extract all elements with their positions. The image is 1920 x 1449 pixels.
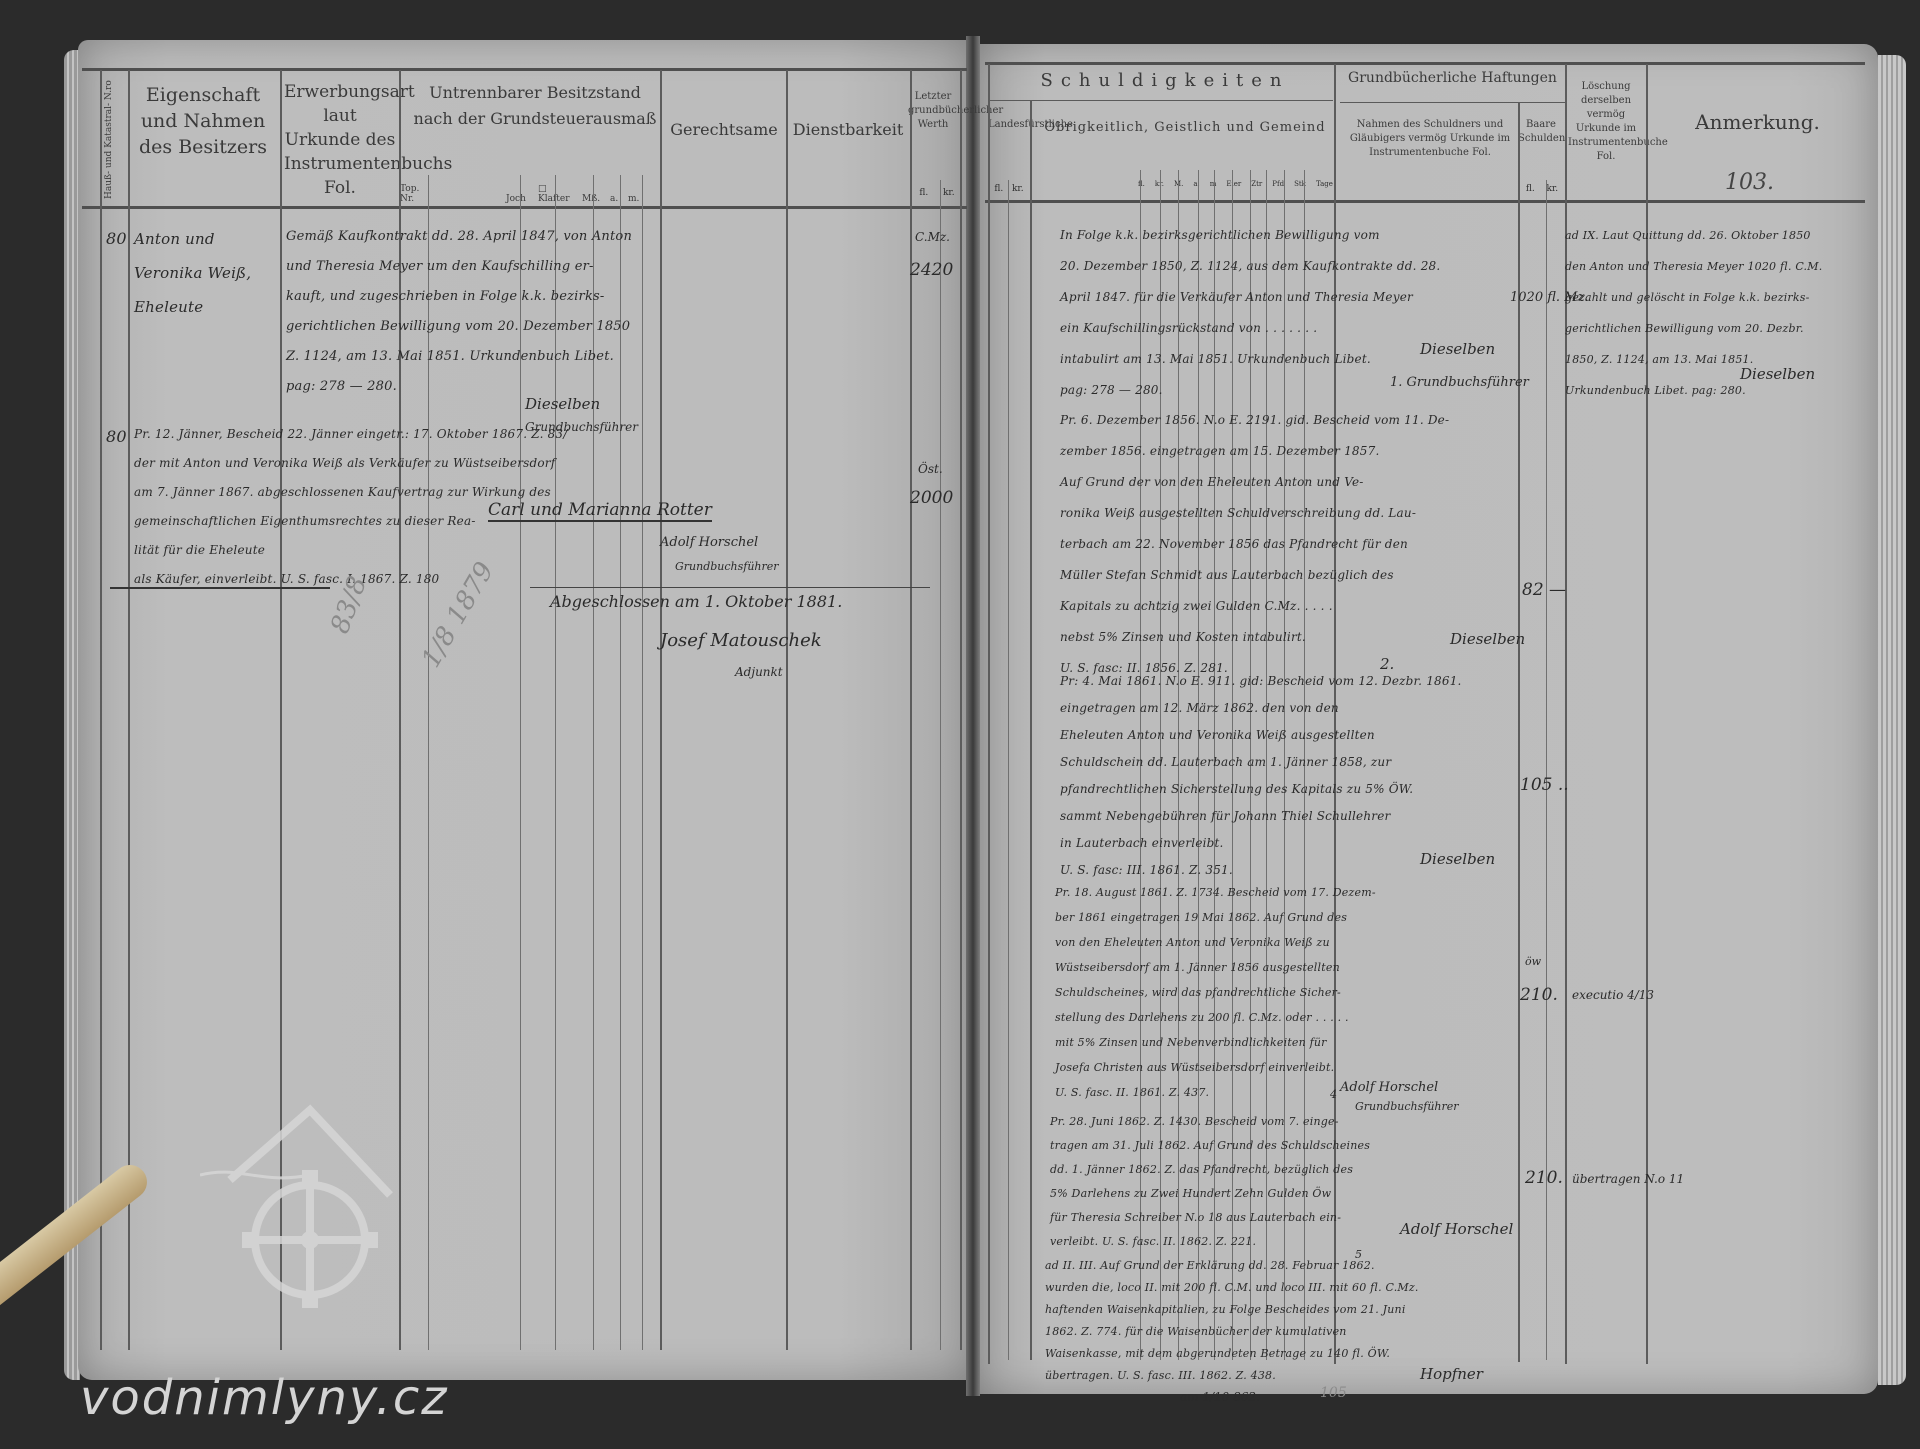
entry-XII-remark: executio 4/13 xyxy=(1572,988,1654,1002)
col-line xyxy=(1008,180,1009,1360)
header-rights: Gerechtsame xyxy=(664,120,784,140)
entry-XI-amount: 105 .. xyxy=(1520,775,1569,795)
entry-XIII-signature: Adolf Horschel xyxy=(1400,1220,1513,1238)
entry-2-signature2: Grundbuchsführer xyxy=(675,560,779,573)
header-house-no: Hauß- und Katastral- N.ro xyxy=(104,80,126,200)
col-line xyxy=(960,70,962,1350)
header-owner: Eigenschaft und Nahmen des Besitzers xyxy=(132,82,274,160)
entry-2-signature: Adolf Horschel xyxy=(660,535,758,550)
entry-2-value: 2000 xyxy=(910,488,953,508)
sub-klafter: □ Klafter xyxy=(538,184,576,204)
entry-1-number: 80 xyxy=(106,222,127,256)
header-rule xyxy=(988,100,1333,101)
header-servitude: Dienstbarkeit xyxy=(788,120,908,140)
entry-XIII-amount: 210. xyxy=(1525,1168,1563,1188)
entry-1-value-prefix: C.Mz. xyxy=(915,230,950,244)
entry-XII-text: Pr. 18. August 1861. Z. 1734. Bescheid v… xyxy=(1055,880,1515,1105)
entry-IX-deletion-signature: Dieselben xyxy=(1740,365,1815,383)
col-line xyxy=(128,70,130,1350)
entry-XIII-remark: übertragen N.o 11 xyxy=(1572,1172,1684,1186)
header-sovereign: Landesfürstliche xyxy=(988,118,1028,132)
entry-XII-amount-prefix: öw xyxy=(1525,955,1541,968)
entry-ad-II-III-signature: Hopfner xyxy=(1420,1365,1483,1383)
col-line xyxy=(100,70,102,1350)
entry-1-owner: Anton und Veronika Weiß, Eheleute xyxy=(134,222,279,324)
entry-IX-deletion: ad IX. Laut Quittung dd. 26. Oktober 185… xyxy=(1565,220,1865,406)
header-encumbrances: Grundbücherliche Haftungen xyxy=(1340,70,1565,88)
book-spine xyxy=(966,36,980,1396)
header-last-value: Letzter grundbücherlicher Werth xyxy=(908,90,958,132)
entry-IX-signature: Dieselben xyxy=(1420,340,1495,358)
entry-2-number: 80 xyxy=(106,420,127,454)
header-manorial: Obrigkeitlich, Geistlich und Gemeind xyxy=(1040,118,1330,138)
header-last-value-sub: fl. kr. xyxy=(912,188,962,198)
sub-m: m. xyxy=(628,194,640,204)
sub-top-nr: Top. Nr. xyxy=(400,184,424,204)
right-page-edges xyxy=(1878,55,1906,1385)
stamp-number: 105 xyxy=(1320,1385,1347,1401)
entry-IX-signature2: 1. Grundbuchsführer xyxy=(1390,375,1529,390)
entry-XI-signature: Dieselben xyxy=(1420,850,1495,868)
entry-XII-amount: 210. xyxy=(1520,985,1558,1005)
watermark-text: vodnimlyny.cz xyxy=(80,1370,448,1426)
entry-XII-signature: Adolf Horschel xyxy=(1340,1080,1438,1095)
entry-X-signature: Dieselben xyxy=(1450,630,1525,648)
col-line xyxy=(1030,100,1032,1360)
header-sovereign-sub: fl. kr. xyxy=(990,184,1028,194)
header-cash-debts-sub: fl. kr. xyxy=(1520,184,1564,194)
header-bottom-rule xyxy=(82,206,967,209)
entry-1-text: Gemäß Kaufkontrakt dd. 28. April 1847, v… xyxy=(286,222,951,402)
entry-XIII-marker-above: 4 xyxy=(1330,1080,1337,1110)
entry-2-value-prefix: Öst. xyxy=(918,462,943,476)
sub-joch: Joch xyxy=(506,194,532,204)
entry-1-value: 2420 xyxy=(910,260,953,280)
header-debts: Schuldigkeiten xyxy=(1000,70,1330,93)
col-line xyxy=(988,64,990,1364)
header-debtor-creditor: Nahmen des Schuldners und Gläubigers ver… xyxy=(1345,118,1515,160)
header-remark: Anmerkung. xyxy=(1650,110,1865,135)
ledger-book: Hauß- und Katastral- N.ro Eigenschaft un… xyxy=(0,0,1920,1449)
header-estate-subcolumns: Top. Nr. Joch □ Klafter Mß. a. m. xyxy=(400,178,660,204)
header-acquisition: Erwerbungsart laut Urkunde des Instrumen… xyxy=(284,80,396,200)
header-top-rule xyxy=(82,68,967,71)
entry-ad-II-III-note: am 1/10 862. xyxy=(1180,1390,1260,1404)
header-top-rule xyxy=(985,62,1865,65)
closing-rule xyxy=(530,587,930,588)
header-deletion: Löschung derselben vermög Urkunde im Ins… xyxy=(1568,80,1644,164)
closing-rule xyxy=(110,587,330,589)
header-estate: Untrennbarer Besitzstand nach der Grunds… xyxy=(410,80,660,132)
entry-1-signature: Dieselben xyxy=(525,395,600,413)
header-cash-debts: Baare Schulden xyxy=(1518,118,1564,146)
closing-signature2: Adjunkt xyxy=(735,665,783,679)
header-rule xyxy=(1340,102,1565,103)
closing-note: Abgeschlossen am 1. Oktober 1881. xyxy=(550,592,842,611)
header-bottom-rule xyxy=(985,200,1865,203)
page-number: 103. xyxy=(1725,170,1774,195)
watermill-logo-icon xyxy=(200,1100,420,1320)
closing-signature: Josef Matouschek xyxy=(660,630,822,651)
entry-X-amount: 82 — xyxy=(1522,580,1566,600)
entry-2-named-buyers: Carl und Marianna Rotter xyxy=(488,500,712,522)
